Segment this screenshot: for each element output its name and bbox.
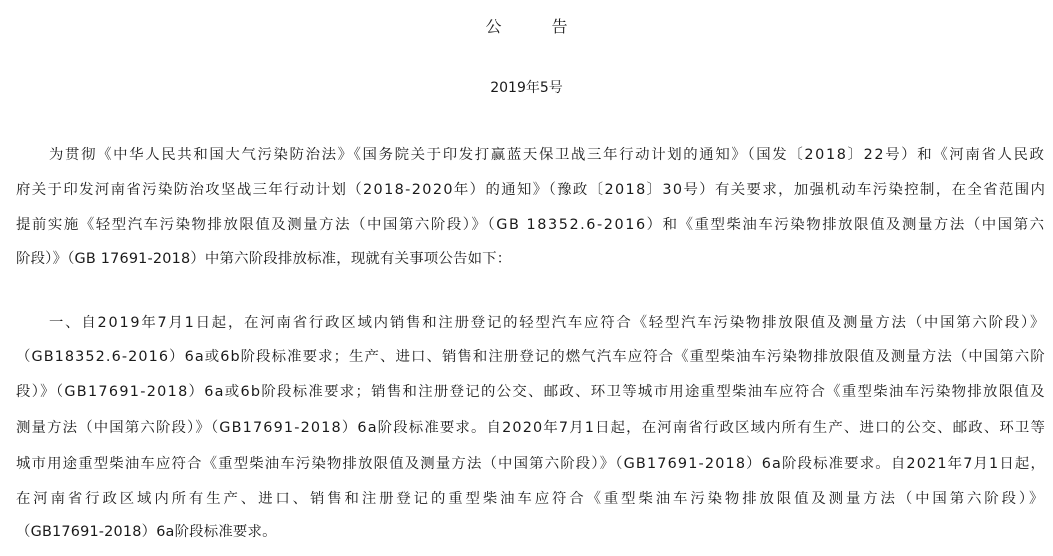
text-line: 提前实施《轻型汽车污染物排放限值及测量方法（中国第六阶段）》（GB 18352.…	[16, 214, 1046, 236]
text-line: 在河南省行政区域内所有生产、进口、销售和注册登记的重型柴油车应符合《重型柴油车污…	[16, 488, 1046, 510]
text-line: 段）》（GB17691-2018）6a或6b阶段标准要求；销售和注册登记的公交、…	[16, 381, 1046, 403]
text-line: 测量方法（中国第六阶段）》（GB17691-2018）6a阶段标准要求。自202…	[16, 417, 1046, 439]
text-line: 阶段）》（GB 17691-2018）中第六阶段排放标准，现就有关事项公告如下：	[16, 248, 511, 270]
text-line: （GB17691-2018）6a阶段标准要求。	[16, 521, 277, 543]
document-number: 2019年5号	[0, 78, 1053, 98]
text-line: （GB18352.6-2016）6a或6b阶段标准要求；生产、进口、销售和注册登…	[16, 346, 1046, 368]
text-line: 城市用途重型柴油车应符合《重型柴油车污染物排放限值及测量方法（中国第六阶段）》（…	[16, 453, 1046, 475]
title-char-2: 告	[552, 17, 568, 37]
announcement-title: 公告	[0, 17, 1053, 37]
title-char-1: 公	[485, 17, 501, 37]
text-line: 为贯彻《中华人民共和国大气污染防治法》《国务院关于印发打赢蓝天保卫战三年行动计划…	[49, 144, 1046, 166]
text-line: 府关于印发河南省污染防治攻坚战三年行动计划（2018-2020年）的通知》（豫政…	[16, 179, 1046, 201]
text-line: 一、自2019年7月1日起，在河南省行政区域内销售和注册登记的轻型汽车应符合《轻…	[49, 312, 1046, 334]
